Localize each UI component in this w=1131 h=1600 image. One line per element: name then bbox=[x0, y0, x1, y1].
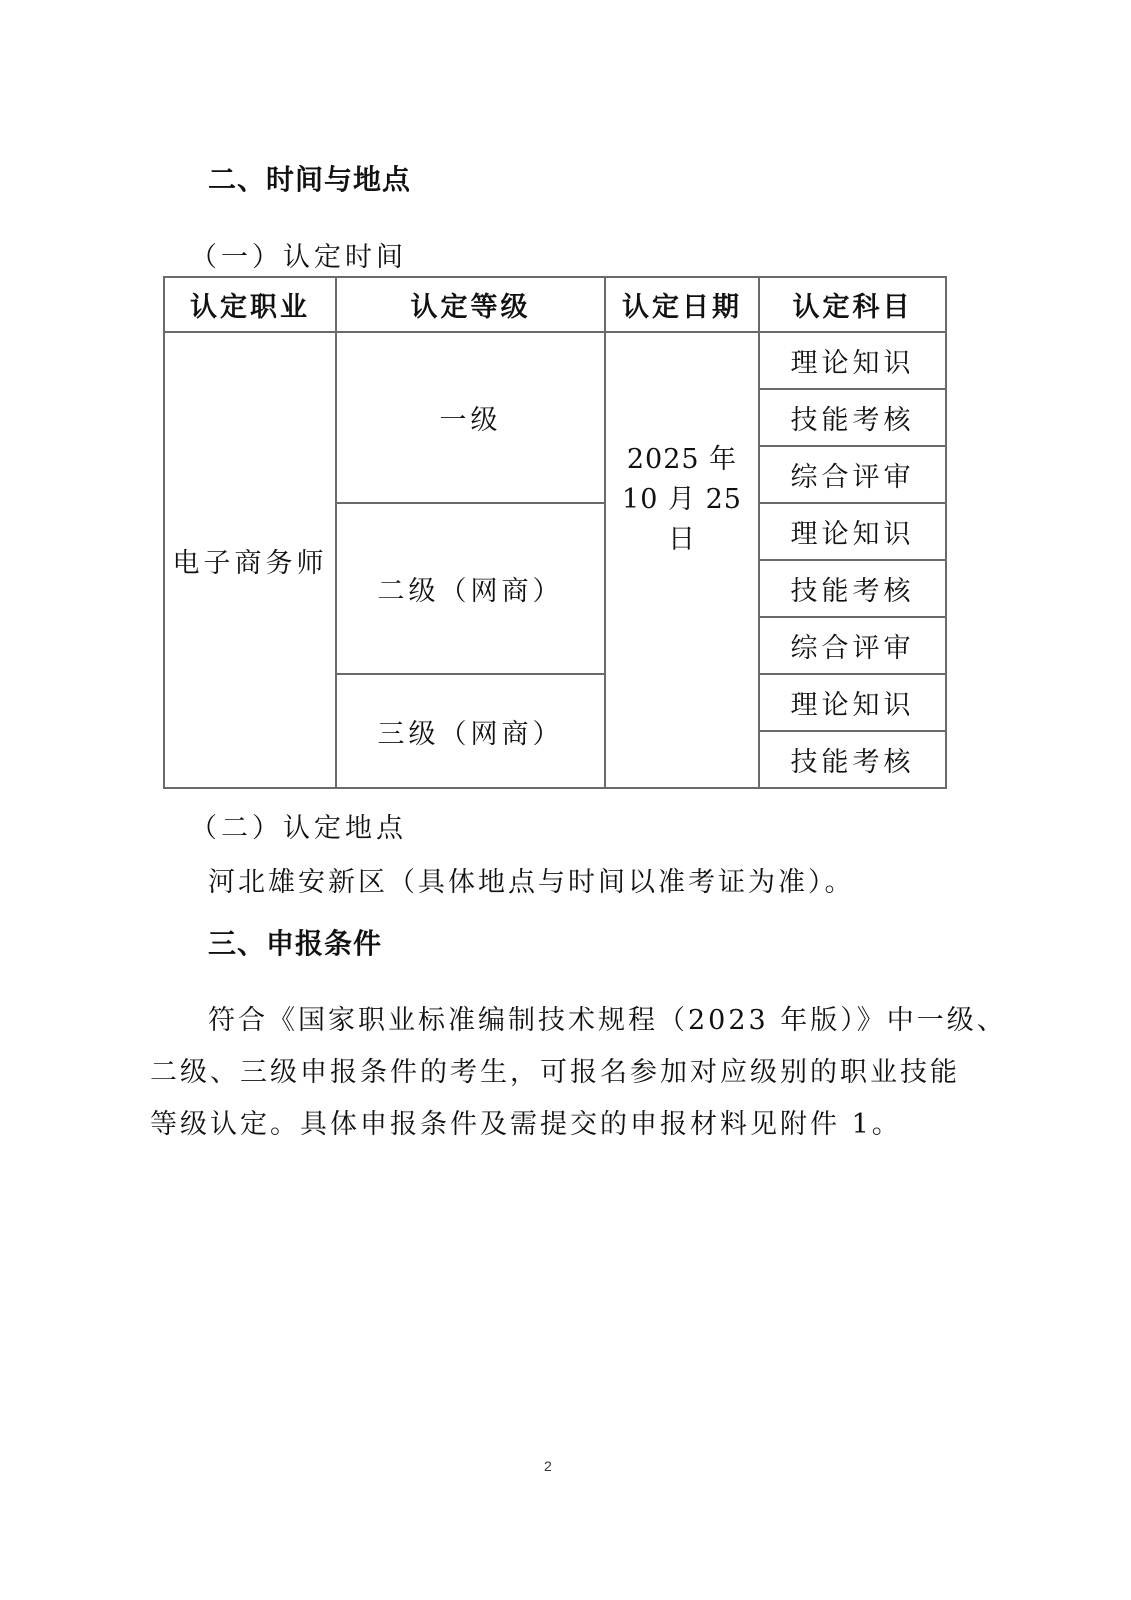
level-cell-2: 二级（网商） bbox=[336, 503, 605, 674]
level-cell-1: 一级 bbox=[336, 332, 605, 503]
subject-cell: 技能考核 bbox=[759, 560, 946, 617]
subject-cell: 综合评审 bbox=[759, 617, 946, 674]
subject-cell: 理论知识 bbox=[759, 332, 946, 389]
level-cell-3: 三级（网商） bbox=[336, 674, 605, 788]
section-heading-time-location: 二、时间与地点 bbox=[208, 158, 411, 198]
subheading-time: （一）认定时间 bbox=[190, 235, 407, 274]
header-occupation: 认定职业 bbox=[164, 277, 336, 332]
date-cell: 2025 年 10 月 25 日 bbox=[605, 332, 759, 788]
subject-cell: 技能考核 bbox=[759, 389, 946, 446]
subject-cell: 理论知识 bbox=[759, 503, 946, 560]
table-row: 电子商务师 一级 2025 年 10 月 25 日 理论知识 bbox=[164, 332, 946, 389]
date-year: 2025 年 bbox=[606, 440, 758, 480]
header-level: 认定等级 bbox=[336, 277, 605, 332]
location-text: 河北雄安新区（具体地点与时间以准考证为准）。 bbox=[208, 860, 855, 899]
eligibility-para-line-1: 符合《国家职业标准编制技术规程（2023 年版）》中一级、 bbox=[208, 998, 1007, 1037]
header-subject: 认定科目 bbox=[759, 277, 946, 332]
table-header-row: 认定职业 认定等级 认定日期 认定科目 bbox=[164, 277, 946, 332]
eligibility-para-line-2: 二级、三级申报条件的考生，可报名参加对应级别的职业技能 bbox=[150, 1050, 960, 1089]
date-month-day: 10 月 25 日 bbox=[606, 480, 758, 560]
certification-schedule-table: 认定职业 认定等级 认定日期 认定科目 电子商务师 一级 2025 年 10 月… bbox=[163, 276, 947, 789]
subject-cell: 综合评审 bbox=[759, 446, 946, 503]
subheading-location: （二）认定地点 bbox=[190, 806, 407, 845]
subject-cell: 理论知识 bbox=[759, 674, 946, 731]
subject-cell: 技能考核 bbox=[759, 731, 946, 788]
page-number: 2 bbox=[544, 1458, 552, 1474]
occupation-cell: 电子商务师 bbox=[164, 332, 336, 788]
section-heading-eligibility: 三、申报条件 bbox=[208, 922, 382, 962]
header-date: 认定日期 bbox=[605, 277, 759, 332]
eligibility-para-line-3: 等级认定。具体申报条件及需提交的申报材料见附件 1。 bbox=[150, 1102, 902, 1141]
